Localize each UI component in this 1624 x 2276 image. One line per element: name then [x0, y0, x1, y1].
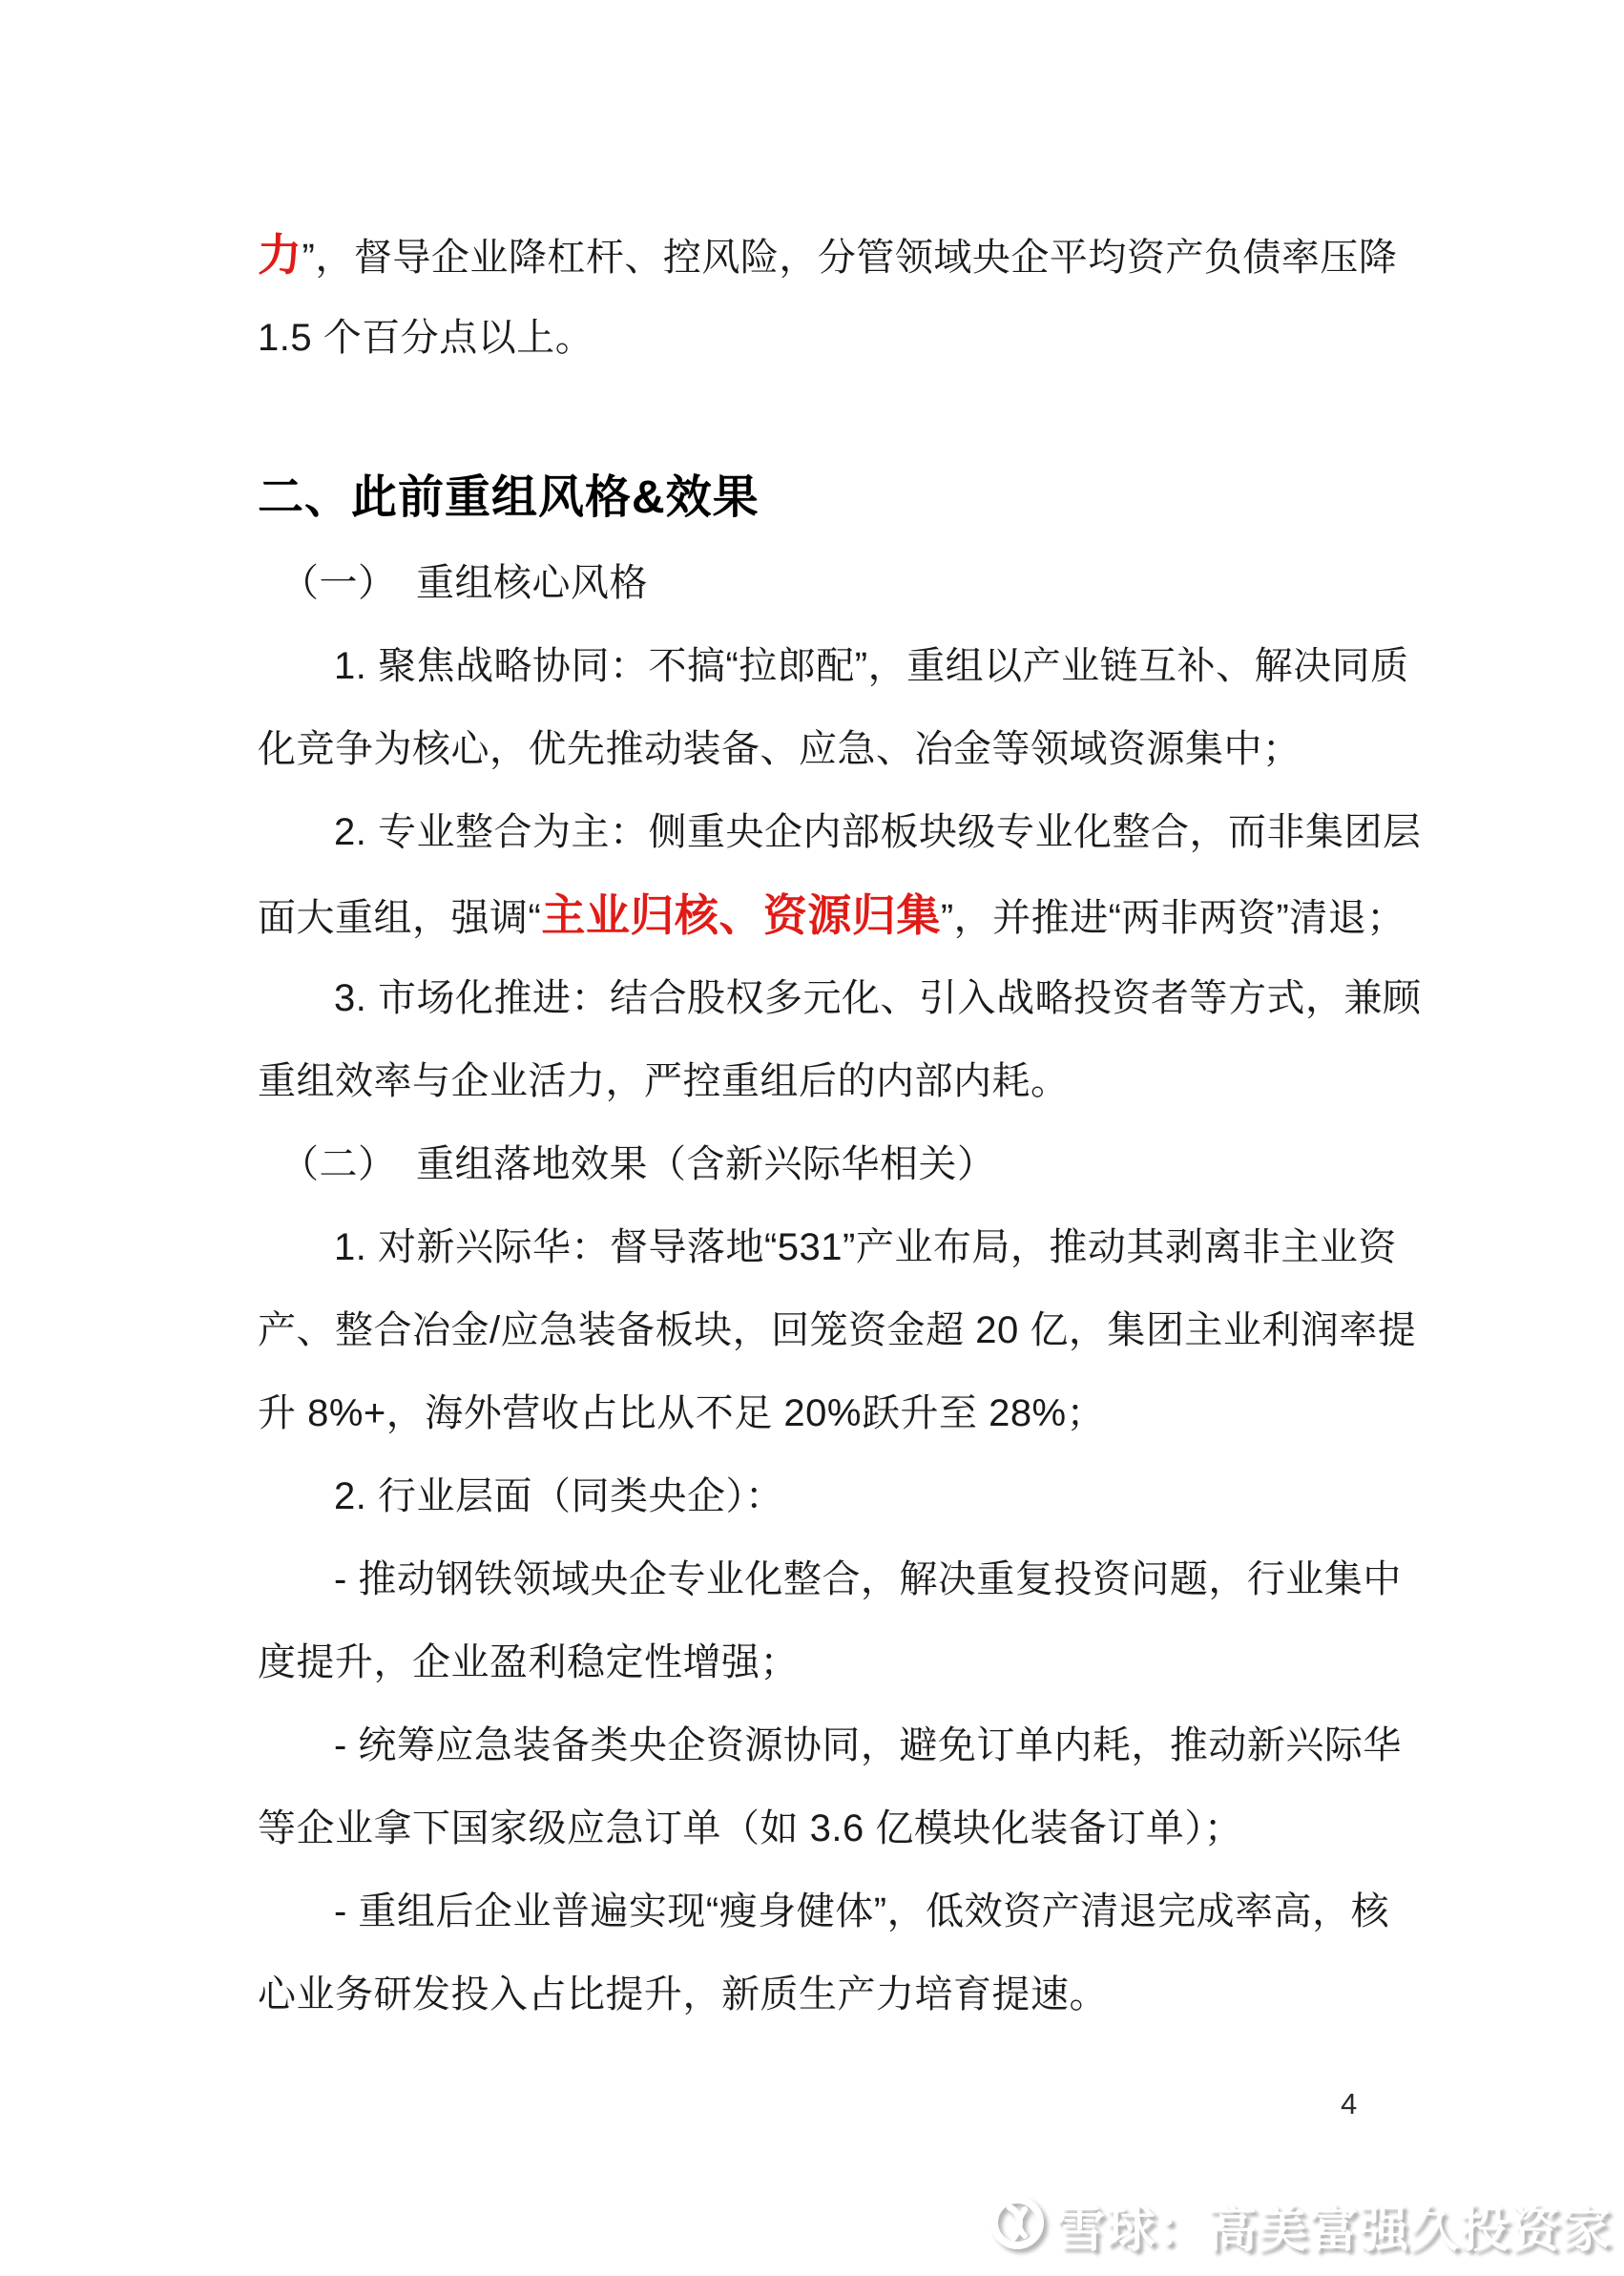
- body-text: 心业务研发投入占比提升，新质生产力培育提速。: [258, 1973, 1108, 2015]
- body-text: 2. 专业整合为主：侧重央企内部板块级专业化整合，而非集团层: [334, 811, 1421, 853]
- subsection-title: （二） 重组落地效果（含新兴际华相关）: [281, 1143, 996, 1185]
- body-line-12: 产、整合冶金/应急装备板块，回笼资金超 20 亿，集团主业利润率提: [258, 1289, 1393, 1372]
- body-text: 面大重组，强调“: [258, 897, 541, 939]
- page-number: 4: [1341, 2088, 1357, 2120]
- xueqiu-snowball-logo-icon: [989, 2194, 1046, 2256]
- body-text: - 推动钢铁领域央企专业化整合，解决重复投资问题，行业集中: [334, 1558, 1402, 1600]
- body-line-10: （二） 重组落地效果（含新兴际华相关）: [258, 1123, 1393, 1206]
- body-line-2: 1.5 个百分点以上。: [258, 297, 1393, 380]
- body-line-18: 等企业拿下国家级应急订单（如 3.6 亿模块化装备订单）；: [258, 1787, 1393, 1870]
- body-text: 1. 聚焦战略协同：不搞“拉郎配”，重组以产业链互补、解决同质: [334, 645, 1409, 687]
- document-page: 力”，督导企业降杠杆、控风险，分管领域央企平均资产负债率压降 1.5 个百分点以…: [0, 0, 1624, 2276]
- body-text: - 统筹应急装备类央企资源协同，避免订单内耗，推动新兴际华: [334, 1724, 1402, 1766]
- body-line-4: 1. 聚焦战略协同：不搞“拉郎配”，重组以产业链互补、解决同质: [258, 625, 1393, 708]
- body-line-9: 重组效率与企业活力，严控重组后的内部内耗。: [258, 1040, 1393, 1123]
- body-text: 度提升，企业盈利稳定性增强；: [258, 1641, 799, 1683]
- body-text: 重组效率与企业活力，严控重组后的内部内耗。: [258, 1060, 1070, 1102]
- body-line-11: 1. 对新兴际华：督导落地“531”产业布局，推动其剥离非主业资: [258, 1206, 1393, 1289]
- red-highlight-text: 力: [258, 230, 302, 280]
- body-text: ”，督导企业降杠杆、控风险，分管领域央企平均资产负债率压降: [302, 237, 1398, 279]
- body-line-3: （一） 重组核心风格: [258, 542, 1393, 625]
- body-line-1: 力”，督导企业降杠杆、控风险，分管领域央企平均资产负债率压降: [258, 214, 1393, 297]
- body-text: 产、整合冶金/应急装备板块，回笼资金超 20 亿，集团主业利润率提: [258, 1309, 1416, 1351]
- body-text: 1. 对新兴际华：督导落地“531”产业布局，推动其剥离非主业资: [334, 1226, 1397, 1268]
- body-text: 等企业拿下国家级应急订单（如 3.6 亿模块化装备订单）；: [258, 1807, 1242, 1849]
- watermark: 雪球：高美富强久投资家: [989, 2189, 1612, 2261]
- body-text: 2. 行业层面（同类央企）：: [334, 1475, 783, 1517]
- section-heading: 二、此前重组风格&效果: [258, 454, 1393, 542]
- body-line-19: - 重组后企业普遍实现“瘦身健体”，低效资产清退完成率高，核: [258, 1870, 1393, 1953]
- document-content: 力”，督导企业降杠杆、控风险，分管领域央企平均资产负债率压降 1.5 个百分点以…: [258, 214, 1393, 2036]
- body-line-13: 升 8%+，海外营收占比从不足 20%跃升至 28%；: [258, 1372, 1393, 1455]
- subsection-title: （一） 重组核心风格: [281, 562, 648, 604]
- body-line-5: 化竞争为核心，优先推动装备、应急、冶金等领域资源集中；: [258, 708, 1393, 791]
- body-line-17: - 统筹应急装备类央企资源协同，避免订单内耗，推动新兴际华: [258, 1704, 1393, 1787]
- body-text: 1.5 个百分点以上。: [258, 317, 593, 359]
- body-text: 化竞争为核心，优先推动装备、应急、冶金等领域资源集中；: [258, 728, 1301, 770]
- body-line-14: 2. 行业层面（同类央企）：: [258, 1455, 1393, 1538]
- body-line-6: 2. 专业整合为主：侧重央企内部板块级专业化整合，而非集团层: [258, 791, 1393, 874]
- body-line-15: - 推动钢铁领域央企专业化整合，解决重复投资问题，行业集中: [258, 1538, 1393, 1621]
- body-text: ”，并推进“两非两资”清退；: [941, 897, 1405, 939]
- body-line-16: 度提升，企业盈利稳定性增强；: [258, 1621, 1393, 1704]
- red-highlight-text: 主业归核、资源归集: [541, 890, 941, 940]
- body-line-20: 心业务研发投入占比提升，新质生产力培育提速。: [258, 1953, 1393, 2036]
- body-text: 升 8%+，海外营收占比从不足 20%跃升至 28%；: [258, 1392, 1105, 1434]
- body-text: - 重组后企业普遍实现“瘦身健体”，低效资产清退完成率高，核: [334, 1890, 1389, 1932]
- body-line-7: 面大重组，强调“主业归核、资源归集”，并推进“两非两资”清退；: [258, 874, 1393, 957]
- watermark-text: 雪球：高美富强久投资家: [1055, 2189, 1612, 2261]
- body-text: 3. 市场化推进：结合股权多元化、引入战略投资者等方式，兼顾: [334, 977, 1421, 1019]
- body-line-8: 3. 市场化推进：结合股权多元化、引入战略投资者等方式，兼顾: [258, 957, 1393, 1040]
